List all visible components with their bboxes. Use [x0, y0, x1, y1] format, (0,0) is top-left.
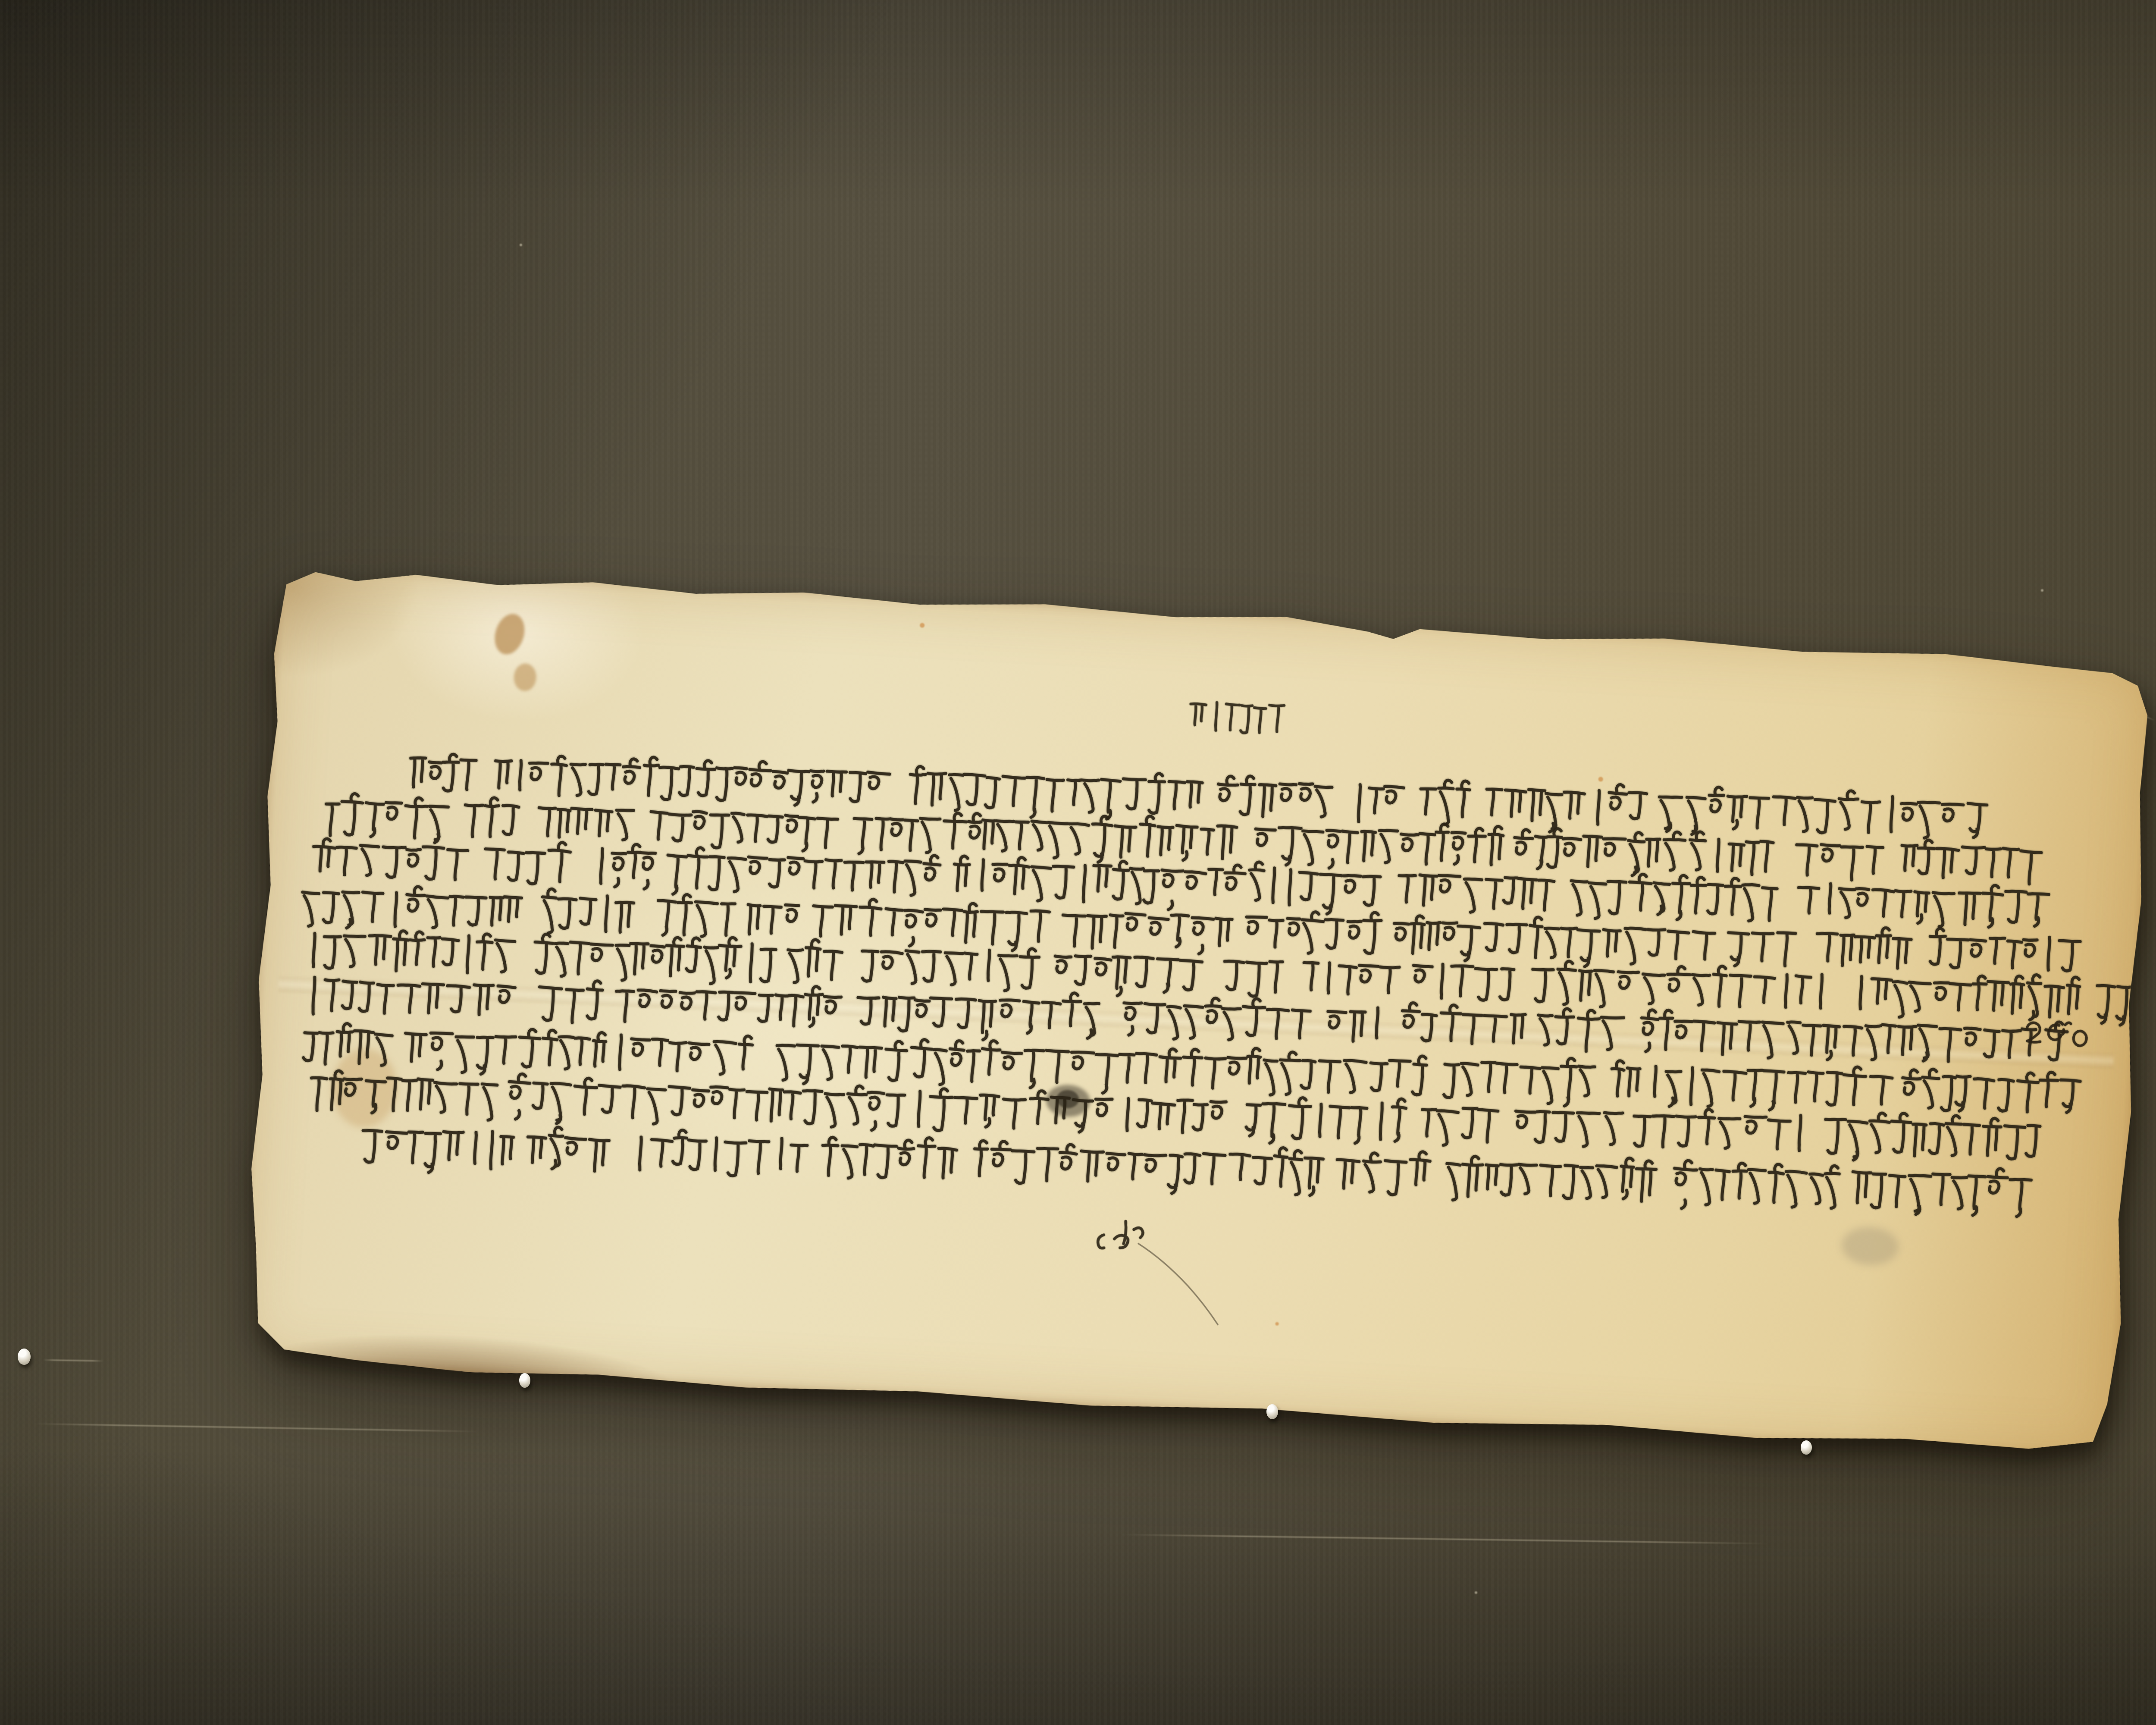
- pushpin: [519, 1373, 530, 1388]
- manuscript-page-wrap: আধ ৪ পুনবশ্যৌ৪ সানাসিতিও। যথৌ বাহসকন্ধেন…: [232, 561, 2156, 1466]
- pushpin: [18, 1349, 31, 1365]
- manuscript-photo: আধ ৪ পুনবশ্যৌ৪ সানাসিতিও। যথৌ বাহসকন্ধেন…: [0, 0, 2156, 1725]
- folio-label: আধ ৪: [1189, 695, 1295, 741]
- dust-speck: [1475, 1591, 1477, 1594]
- page-number: ২৩০: [2017, 1015, 2106, 1060]
- pushpin: [1801, 1440, 1812, 1455]
- manuscript-page: আধ ৪ পুনবশ্যৌ৪ সানাসিতিও। যথৌ বাহসকন্ধেন…: [232, 561, 2156, 1466]
- catch-mark: ৻৸২: [1092, 1214, 1206, 1261]
- dust-speck: [2041, 589, 2043, 592]
- pushpin: [1266, 1404, 1278, 1419]
- dust-speck: [520, 244, 522, 246]
